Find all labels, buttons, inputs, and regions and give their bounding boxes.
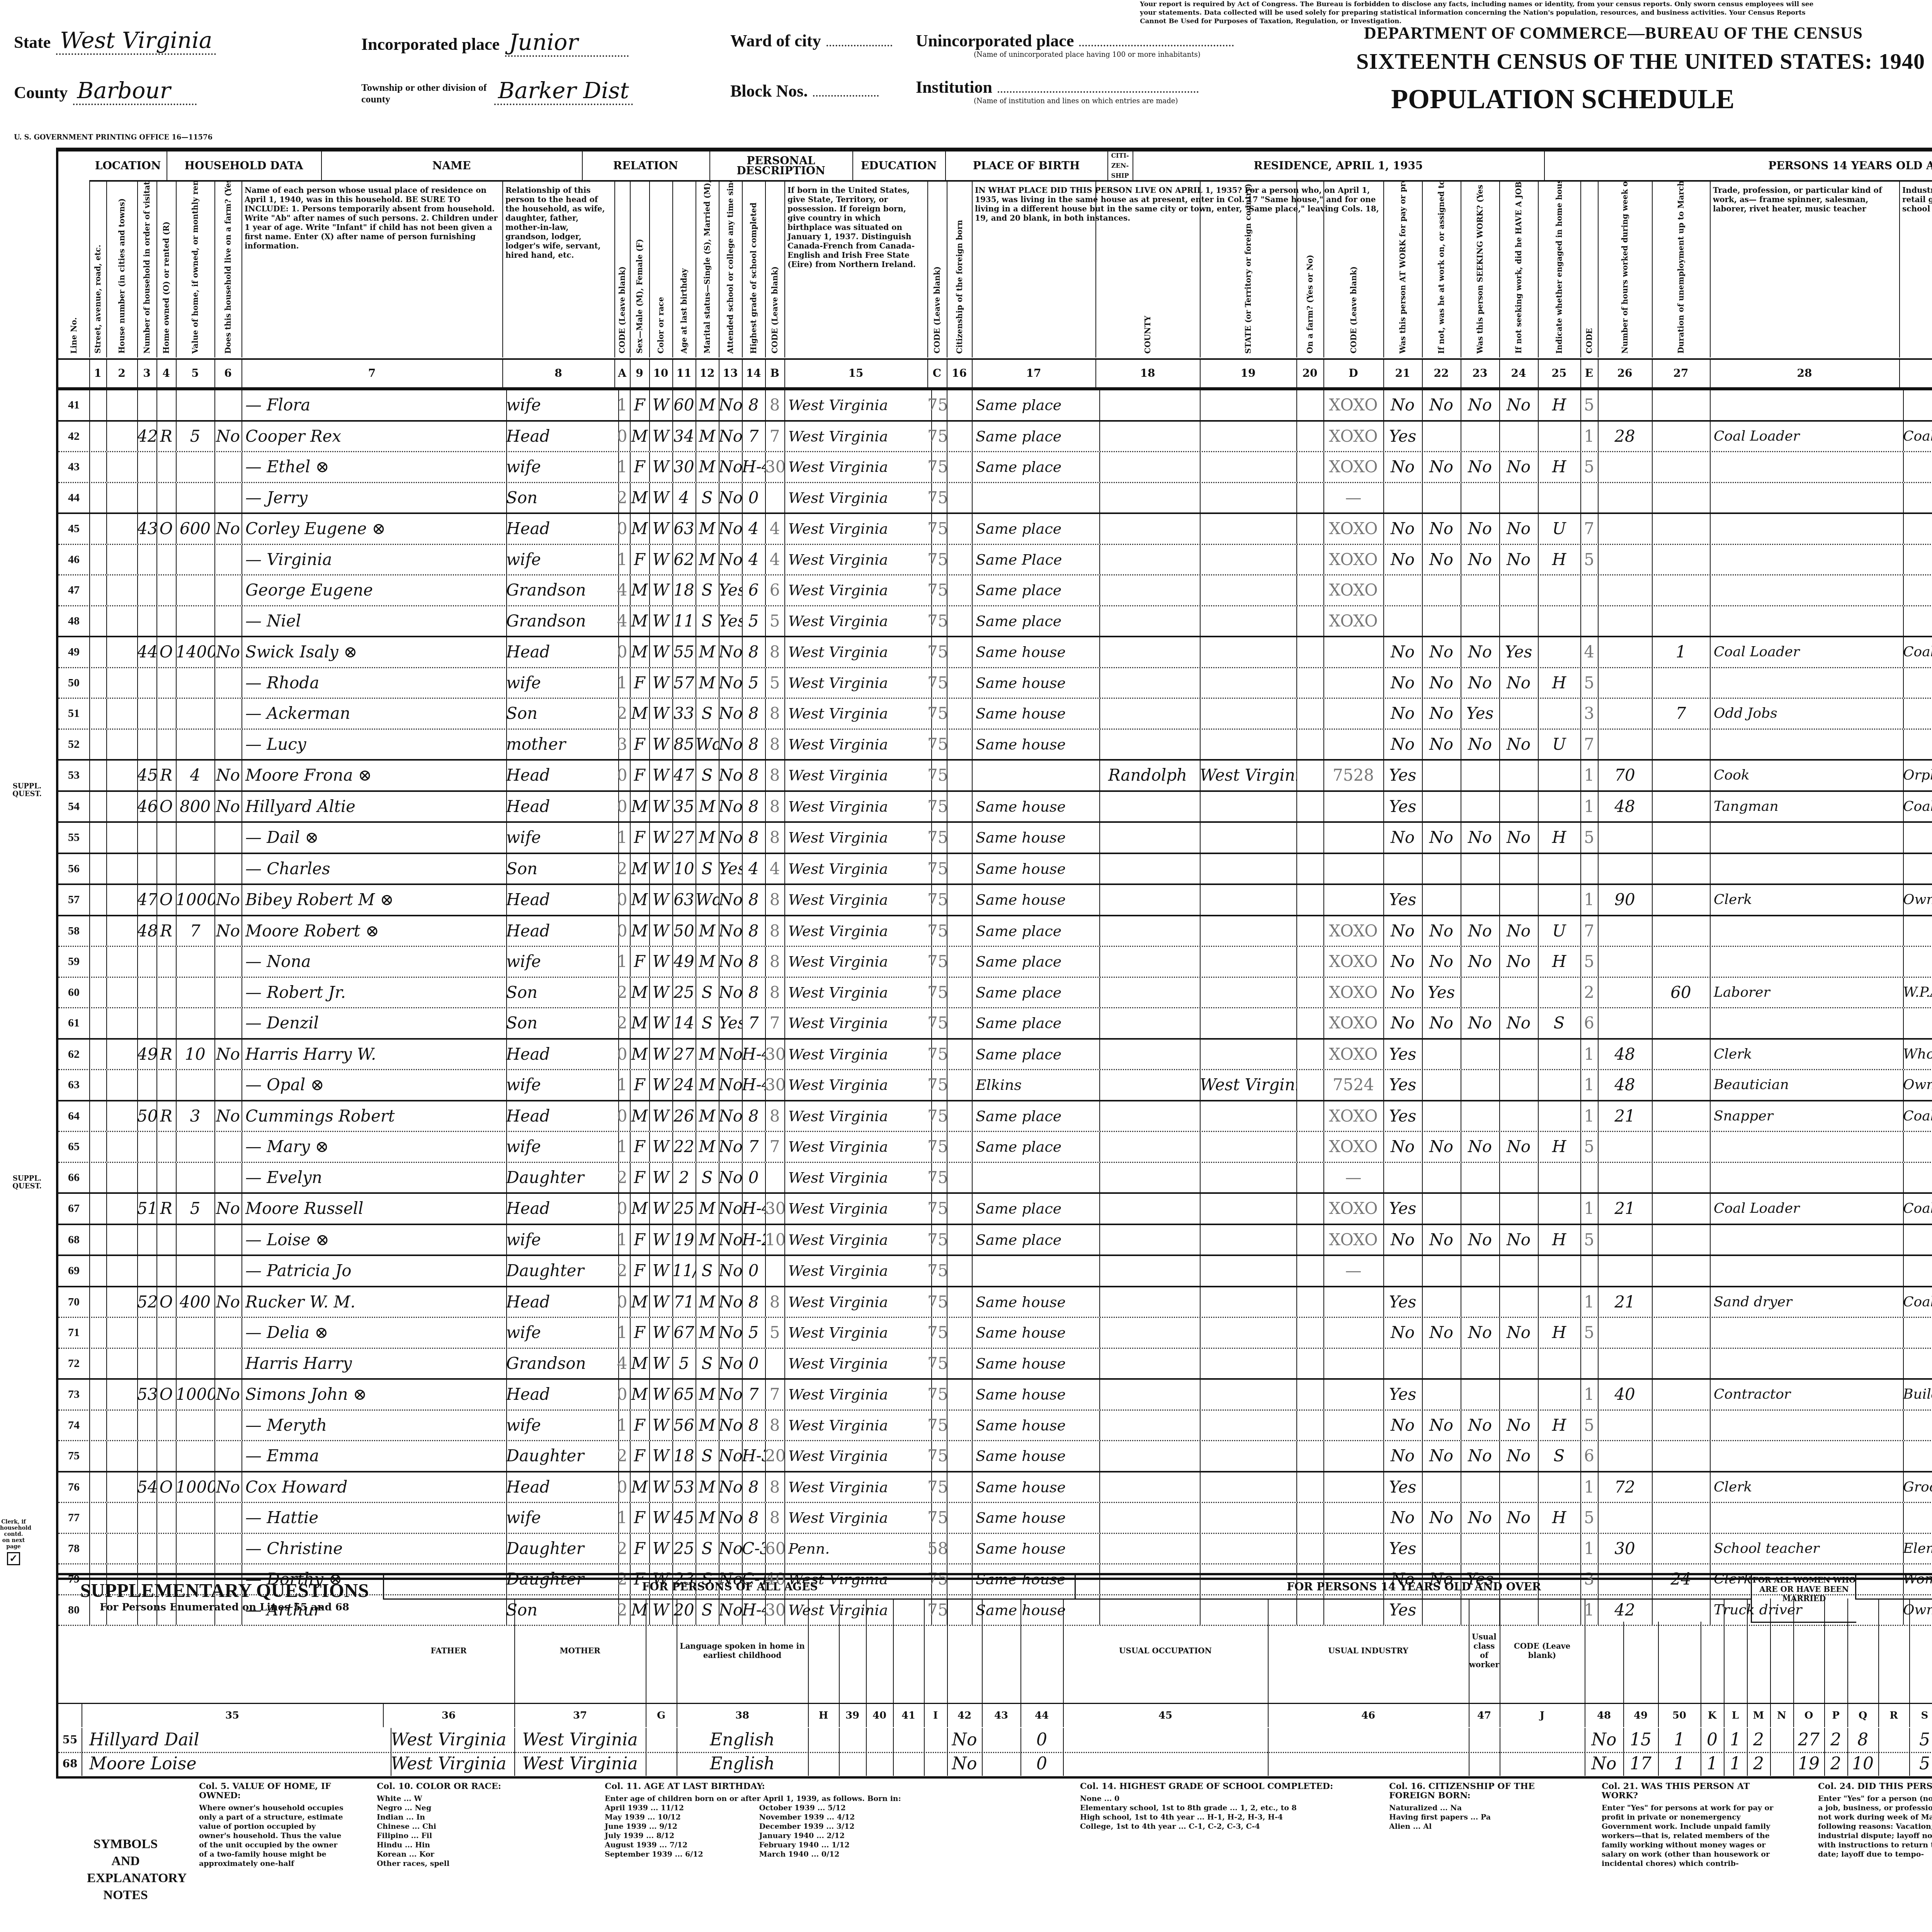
table-row: 69— Patricia JoDaughter2FW11/12SNo0West … [58,1256,1932,1287]
cell-c24 [1499,1163,1539,1193]
cell-value: 5 [176,1194,215,1224]
supp-cell-o: 19 [1793,1752,1825,1776]
supp-cell-q: 8 [1847,1728,1879,1752]
cell-age: 2 [672,1163,696,1193]
cell-house [106,730,138,759]
cell-tenure [156,730,177,759]
cell-grade: 8 [742,1101,766,1131]
cell-c21: No [1383,668,1423,698]
cell-name: Bibey Robert M ⊗ [241,885,507,915]
note-item: Negro ... Neg [377,1803,578,1813]
cell-tenure: O [156,1380,177,1409]
supp-cell-mother: West Virginia [514,1728,646,1752]
cell-hours: 48 [1598,792,1653,822]
cell-rcode: 7528 [1323,761,1384,790]
cell-ms: S [696,761,719,790]
cell-farm [214,978,242,1008]
supp-column-header-cj: CODE (Leave blank) [1500,1598,1585,1703]
cell-birth: West Virginia [784,1101,932,1131]
cell-rcode [1323,1349,1384,1379]
cell-ind: Coal Mine [1899,1194,1932,1224]
cell-ecode [1580,606,1599,636]
cell-line: 77 [58,1503,90,1533]
checkbox-checked-icon[interactable]: ✓ [7,1552,20,1565]
cell-c24 [1499,1256,1539,1286]
cell-county [1095,947,1201,977]
department-title: DEPARTMENT OF COMMERCE—BUREAU OF THE CEN… [1364,23,1863,43]
cell-house [106,422,138,451]
cell-state [1200,422,1297,451]
cell-code: 0 [614,514,631,544]
cell-value [176,730,215,759]
cell-code: 0 [614,422,631,451]
column-number: 19 [1200,358,1297,389]
cell-ms: S [696,1008,719,1038]
cell-res: Same place [972,1132,1100,1162]
cell-hours: 70 [1598,761,1653,790]
supp-cell-ci [924,1752,948,1776]
cell-birth: West Virginia [784,545,932,575]
supp-cell-married_once: No [1585,1728,1624,1752]
cell-birth: West Virginia [784,637,932,667]
cell-c22: No [1422,452,1461,482]
column-number: 5 [176,358,215,389]
cell-line: 45 [58,514,90,544]
cell-farm35 [1296,452,1324,482]
cell-state [1200,823,1297,853]
cell-code: 2 [614,854,631,884]
table-row: 68— Loise ⊗wife1FW19MNoH-210West Virgini… [58,1225,1932,1256]
cell-hours [1598,514,1653,544]
cell-ms: M [696,1472,719,1502]
cell-unemp [1652,1349,1711,1379]
supp-column-number: 39 [839,1703,867,1727]
cell-ind: Coal Mine [1899,637,1932,667]
cell-code: 1 [614,947,631,977]
cell-line: 59 [58,947,90,977]
cell-c23: No [1461,514,1500,544]
note-item: May 1939 ... 10/12 [605,1813,752,1822]
cell-state: West Virginia [1200,1070,1297,1100]
cell-county [1095,1534,1201,1564]
cell-cit [947,575,973,605]
column-header-state: STATE (or Territory or foreign country) [1200,182,1297,357]
cell-c23: No [1461,637,1500,667]
cell-county [1095,1256,1201,1286]
cell-sex: F [630,1411,650,1440]
supp-cell-c46 [1268,1752,1469,1776]
cell-c24 [1499,1101,1539,1131]
cell-hh: 46 [137,792,157,822]
cell-ind [1899,1256,1932,1286]
cell-age: 30 [672,452,696,482]
cell-name: George Eugene [241,575,507,605]
cell-street [89,1318,107,1348]
cell-farm35 [1296,575,1324,605]
cell-ind [1899,1225,1932,1255]
cell-ind [1899,730,1932,759]
cell-ind: Own Store [1899,885,1932,915]
table-row: 7654O1000NoCox HowardHead0MW53MNo88West … [58,1472,1932,1503]
cell-code: 1 [614,1503,631,1533]
cell-c24: No [1499,1411,1539,1440]
cell-grade: 8 [742,637,766,667]
supp-column-header-c43 [982,1598,1021,1703]
cell-hh: 53 [137,1380,157,1409]
cell-value [176,1318,215,1348]
cell-grade: 5 [742,1318,766,1348]
cell-race: W [649,390,673,420]
cell-hh [137,1349,157,1379]
cell-ind: Own Beauty Shop [1899,1070,1932,1100]
cell-occ: Beautician [1710,1070,1904,1100]
cell-grade: 8 [742,823,766,853]
cell-school: No [719,792,743,822]
cell-sex: M [630,1349,650,1379]
cell-farm [214,1534,242,1564]
cell-c21: Yes [1383,1472,1423,1502]
cell-value [176,1534,215,1564]
cell-rel: wife [502,545,619,575]
cell-c25: U [1538,514,1581,544]
cell-street [89,1534,107,1564]
cell-value [176,854,215,884]
supp-cell-c47 [1469,1752,1500,1776]
cell-ecode: 5 [1580,390,1599,420]
cell-age: 35 [672,792,696,822]
cell-c25: H [1538,452,1581,482]
cell-unemp [1652,1472,1711,1502]
cell-rel: Daughter [502,1163,619,1193]
cell-ecode: 3 [1580,699,1599,729]
cell-grade: H-4 [742,1070,766,1100]
supp-column-header-p [1824,1598,1848,1703]
cell-race: W [649,1132,673,1162]
cell-ind [1899,854,1932,884]
cell-county [1095,514,1201,544]
cell-c22 [1422,575,1461,605]
cell-rel: Head [502,1194,619,1224]
supp-column-header-ci [924,1598,948,1703]
cell-c23: No [1461,916,1500,946]
cell-house [106,1349,138,1379]
cell-rcode: XOXO [1323,1194,1384,1224]
cell-street [89,730,107,759]
cell-c24: No [1499,1318,1539,1348]
cell-occ [1710,947,1904,977]
cell-street [89,452,107,482]
cell-county [1095,575,1201,605]
cell-county: Randolph [1095,761,1201,790]
cell-house [106,885,138,915]
cell-hours [1598,730,1653,759]
cell-rel: Son [502,699,619,729]
column-header-gcode: CODE (Leave blank) [765,182,785,357]
cell-tenure [156,1534,177,1564]
note-item: White ... W [377,1794,578,1803]
cell-c25 [1538,699,1581,729]
supp-cell-c39 [839,1752,867,1776]
cell-hours [1598,1132,1653,1162]
cell-value [176,823,215,853]
cell-age: 45 [672,1503,696,1533]
cell-age: 33 [672,699,696,729]
cell-rel: wife [502,823,619,853]
cell-unemp [1652,1380,1711,1409]
cell-age: 25 [672,1194,696,1224]
supp-column-header-k [1701,1598,1725,1703]
cell-c25 [1538,1256,1581,1286]
cell-gcode: 30 [765,452,785,482]
cell-state [1200,947,1297,977]
cell-occ [1710,1503,1904,1533]
cell-c25 [1538,792,1581,822]
cell-cit [947,1503,973,1533]
cell-res: Same place [972,606,1100,636]
cell-code: 3 [614,730,631,759]
cell-res: Same place [972,947,1100,977]
cell-school: No [719,761,743,790]
supp-column-number: N [1770,1703,1794,1727]
cell-c25 [1538,1472,1581,1502]
cell-bcode: 75 [927,699,947,729]
supp-cell-s: 5 [1909,1728,1932,1752]
cell-state [1200,1225,1297,1255]
cell-name: Cummings Robert [241,1101,507,1131]
cell-ind [1899,823,1932,853]
cell-cit [947,1380,973,1409]
cell-cit [947,730,973,759]
cell-age: 50 [672,916,696,946]
cell-tenure: R [156,422,177,451]
cell-race: W [649,1194,673,1224]
cell-c22 [1422,1101,1461,1131]
cell-tenure [156,1256,177,1286]
cell-school: Yes [719,575,743,605]
cell-farm35 [1296,1008,1324,1038]
cell-birth: West Virginia [784,514,932,544]
cell-hh: 43 [137,514,157,544]
supp-column-number: 50 [1658,1703,1701,1727]
cell-race: W [649,1163,673,1193]
cell-line: 50 [58,668,90,698]
cell-gcode: 7 [765,1380,785,1409]
cell-ecode: 1 [1580,792,1599,822]
column-number: 7 [241,358,503,389]
cell-cit [947,1070,973,1100]
cell-c22 [1422,1380,1461,1409]
cell-ecode [1580,1256,1599,1286]
cell-rcode: XOXO [1323,1132,1384,1162]
cell-c21 [1383,483,1423,513]
cell-ind: Elementary schools [1899,1534,1932,1564]
cell-house [106,1040,138,1069]
cell-rcode: XOXO [1323,1225,1384,1255]
cell-rcode: 7524 [1323,1070,1384,1100]
cell-age: 63 [672,514,696,544]
cell-gcode: 8 [765,1411,785,1440]
cell-rcode: XOXO [1323,422,1384,451]
cell-cit [947,1256,973,1286]
cell-school: No [719,545,743,575]
cell-street [89,1194,107,1224]
cell-gcode [765,1349,785,1379]
cell-name: — Delia ⊗ [241,1318,507,1348]
cell-c22: No [1422,1008,1461,1038]
cell-gcode [765,483,785,513]
cell-c22 [1422,792,1461,822]
cell-line: 60 [58,978,90,1008]
cell-race: W [649,1503,673,1533]
supp-cell-sline: 68 [58,1752,82,1776]
supp-cell-p: 2 [1824,1728,1848,1752]
note-item: Naturalized ... Na [1389,1803,1582,1813]
cell-race: W [649,1008,673,1038]
cell-c25: H [1538,1318,1581,1348]
cell-rel: Son [502,854,619,884]
cell-state [1200,699,1297,729]
cell-county [1095,978,1201,1008]
cell-c22: No [1422,699,1461,729]
cell-gcode: 4 [765,854,785,884]
cell-unemp [1652,792,1711,822]
cell-age: 11/12 [672,1256,696,1286]
cell-sex: M [630,1101,650,1131]
column-number: 18 [1095,358,1201,389]
note-item: Elementary school, 1st to 8th grade ... … [1080,1803,1374,1813]
cell-street [89,792,107,822]
cell-c25 [1538,854,1581,884]
cell-hours: 21 [1598,1101,1653,1131]
cell-c24 [1499,1194,1539,1224]
cell-ecode: 1 [1580,1101,1599,1131]
cell-res: Same house [972,1380,1100,1409]
cell-c24: No [1499,668,1539,698]
cell-res: Same house [972,1441,1100,1471]
cell-code: 1 [614,452,631,482]
cell-line: 49 [58,637,90,667]
cell-grade: 8 [742,947,766,977]
cell-line: 58 [58,916,90,946]
cell-school: No [719,1503,743,1533]
cell-code: 0 [614,1380,631,1409]
cell-c21: No [1383,452,1423,482]
supp-cell-c47 [1469,1728,1500,1752]
column-header-age: Age at last birthday [672,182,696,357]
cell-c23 [1461,1287,1500,1317]
cell-farm35 [1296,514,1324,544]
cell-value: 1400 [176,637,215,667]
cell-hours [1598,637,1653,667]
supp-cell-tongue: English [677,1728,809,1752]
cell-age: 56 [672,1411,696,1440]
cell-farm35 [1296,1441,1324,1471]
cell-farm [214,1411,242,1440]
supp-column-header-children [1658,1622,1701,1703]
supp-column-number: 36 [383,1703,515,1727]
cell-c23 [1461,606,1500,636]
cell-gcode: 8 [765,885,785,915]
cell-farm35 [1296,761,1324,790]
block-field: Block Nos. [730,81,879,101]
cell-name: — Meryth [241,1411,507,1440]
cell-ms: S [696,978,719,1008]
cell-c24: No [1499,1008,1539,1038]
explanatory-notes: SYMBOLS AND EXPLANATORY NOTES Col. 5. VA… [56,1778,1932,1932]
cell-tenure [156,1503,177,1533]
cell-rel: wife [502,452,619,482]
cell-res [972,1256,1100,1286]
cell-farm35 [1296,1380,1324,1409]
cell-code: 4 [614,1349,631,1379]
column-number: 24 [1499,358,1539,389]
cell-race: W [649,1256,673,1286]
cell-code: 0 [614,1040,631,1069]
cell-rel: wife [502,1070,619,1100]
cell-state [1200,1472,1297,1502]
cell-occ: Cook [1710,761,1904,790]
cell-bcode: 75 [927,575,947,605]
cell-farm35 [1296,1163,1324,1193]
cell-school: No [719,1411,743,1440]
cell-value [176,1411,215,1440]
cell-c23 [1461,483,1500,513]
cell-race: W [649,854,673,884]
cell-rel: wife [502,1225,619,1255]
cell-c24 [1499,1070,1539,1100]
cell-tenure: O [156,1287,177,1317]
cell-state [1200,1101,1297,1131]
cell-county [1095,1472,1201,1502]
cell-hh [137,1256,157,1286]
cell-rel: Head [502,1287,619,1317]
cell-ecode: 5 [1580,1318,1599,1348]
supp-column-number: 46 [1268,1703,1469,1727]
note-item: January 1940 ... 2/12 [759,1831,906,1840]
cell-gcode: 4 [765,514,785,544]
cell-street [89,575,107,605]
cell-tenure: R [156,916,177,946]
cell-ecode: 7 [1580,916,1599,946]
cell-farm: No [214,514,242,544]
cell-hh: 52 [137,1287,157,1317]
cell-bcode: 75 [927,1040,947,1069]
cell-ecode: 5 [1580,823,1599,853]
supp-column-number: 47 [1469,1703,1500,1727]
cell-age: 27 [672,1040,696,1069]
cell-house [106,1070,138,1100]
cell-hh: 51 [137,1194,157,1224]
cell-c25 [1538,637,1581,667]
cell-unemp [1652,606,1711,636]
cell-school: No [719,1534,743,1564]
cell-rcode [1323,1472,1384,1502]
cell-birth: West Virginia [784,885,932,915]
cell-c21: Yes [1383,761,1423,790]
cell-hours [1598,575,1653,605]
cell-hh [137,978,157,1008]
cell-house [106,575,138,605]
cell-c24 [1499,1287,1539,1317]
cell-grade: H-4 [742,1194,766,1224]
cell-state [1200,1163,1297,1193]
cell-unemp [1652,1318,1711,1348]
column-number: 11 [672,358,696,389]
cell-farm35 [1296,823,1324,853]
cell-tenure [156,452,177,482]
cell-cit [947,1132,973,1162]
cell-value [176,699,215,729]
